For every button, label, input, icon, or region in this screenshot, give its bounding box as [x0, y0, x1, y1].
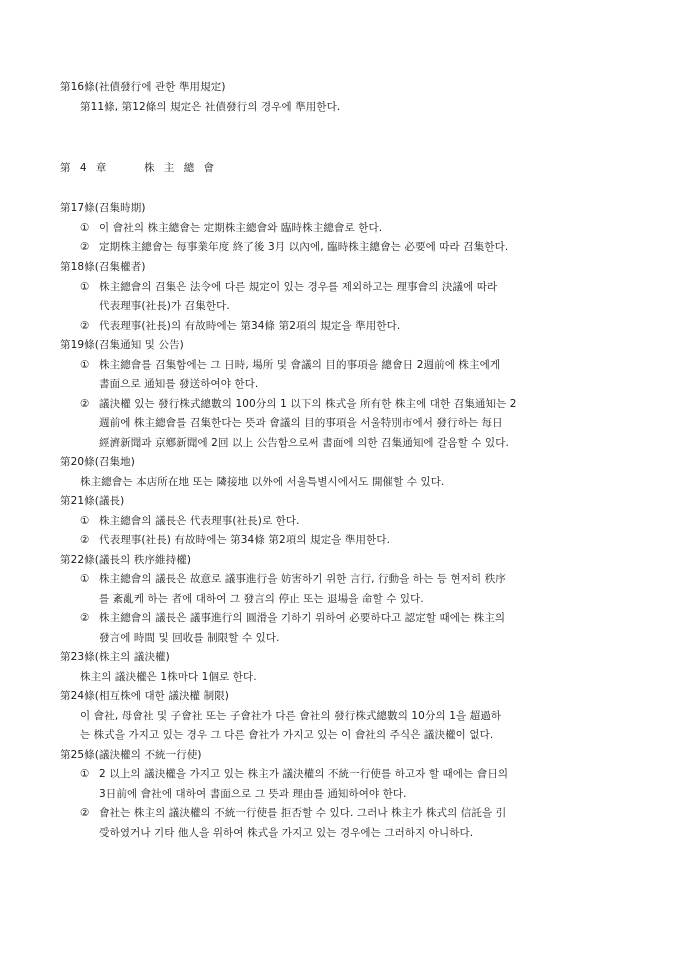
- document-page: 第16條(社債發行에 관한 準用規定) 第11條, 第12條의 規定은 社債發行…: [0, 0, 680, 962]
- article-25-item-2: ②會社는 株主의 議決權의 不統一行使를 拒否할 수 있다. 그러나 株主가 株…: [80, 806, 506, 820]
- chapter-title: 株 主 總 會: [144, 162, 215, 174]
- article-19-heading: 第19條(召集通知 및 公告): [60, 338, 184, 352]
- item-text: 株主總會의 議長은 代表理事(社長)로 한다.: [99, 515, 300, 527]
- article-16-heading: 第16條(社債發行에 관한 準用規定): [60, 80, 226, 94]
- item-number: ①: [80, 358, 99, 372]
- item-text: 株主總會의 議長은 故意로 議事進行을 妨害하기 위한 言行, 行動을 하는 등…: [99, 573, 506, 585]
- article-23-body: 株主의 議決權은 1株마다 1個로 한다.: [80, 670, 257, 684]
- article-22-item-1: ①株主總會의 議長은 故意로 議事進行을 妨害하기 위한 言行, 行動을 하는 …: [80, 572, 506, 586]
- article-17-item-2: ②定期株主總會는 每事業年度 終了後 3月 以內에, 臨時株主總會는 必要에 따…: [80, 240, 508, 254]
- article-22-item-2-cont: 發言에 時間 및 回收를 制限할 수 있다.: [99, 631, 280, 645]
- article-19-item-2-cont-1: 週前에 株主總會를 召集한다는 뜻과 會議의 目的事項을 서울特別市에서 發行하…: [99, 416, 503, 430]
- article-25-item-1: ①2 以上의 議決權을 가지고 있는 株主가 議決權의 不統一行使를 하고자 할…: [80, 767, 508, 781]
- article-17-heading: 第17條(召集時期): [60, 201, 146, 215]
- article-25-item-1-cont: 3日前에 會社에 대하여 書面으로 그 뜻과 理由를 通知하여야 한다.: [99, 787, 407, 801]
- item-number: ①: [80, 514, 99, 528]
- item-number: ②: [80, 533, 99, 547]
- item-text: 株主總會를 召集함에는 그 日時, 場所 및 會議의 目的事項을 總會日 2週前…: [99, 359, 500, 371]
- article-16-body: 第11條, 第12條의 規定은 社債發行의 경우에 準用한다.: [80, 100, 340, 114]
- item-text: 議決權 있는 發行株式總數의 100分의 1 以下의 株式을 所有한 株主에 대…: [99, 398, 517, 410]
- article-17-item-1: ①이 會社의 株主總會는 定期株主總會와 臨時株主總會로 한다.: [80, 221, 382, 235]
- article-23-heading: 第23條(株主의 議決權): [60, 650, 170, 664]
- item-text: 定期株主總會는 每事業年度 終了後 3月 以內에, 臨時株主總會는 必要에 따라…: [99, 241, 508, 253]
- article-19-item-1: ①株主總會를 召集함에는 그 日時, 場所 및 會議의 目的事項을 總會日 2週…: [80, 358, 500, 372]
- article-21-item-2: ②代表理事(社長) 有故時에는 第34條 第2項의 規定을 準用한다.: [80, 533, 390, 547]
- item-number: ②: [80, 806, 99, 820]
- article-22-item-2: ②株主總會의 議長은 議事進行의 圓滑을 기하기 위하여 必要하다고 認定할 때…: [80, 611, 505, 625]
- item-text: 代表理事(社長)의 有故時에는 第34條 第2項의 規定을 準用한다.: [99, 320, 400, 332]
- article-20-body: 株主總會는 本店所在地 또는 隣接地 以外에 서울특별시에서도 開催할 수 있다…: [80, 475, 444, 489]
- article-24-heading: 第24條(相互株에 대한 議決權 制限): [60, 689, 229, 703]
- article-24-body-line-1: 이 會社, 母會社 및 子會社 또는 子會社가 다른 會社의 發行株式總數의 1…: [80, 709, 501, 723]
- item-number: ②: [80, 319, 99, 333]
- article-25-item-2-cont: 受하였거나 기타 他人을 위하여 株式을 가지고 있는 경우에는 그러하지 아니…: [99, 826, 473, 840]
- article-21-heading: 第21條(議長): [60, 494, 124, 508]
- article-19-item-2: ②議決權 있는 發行株式總數의 100分의 1 以下의 株式을 所有한 株主에 …: [80, 397, 517, 411]
- article-18-heading: 第18條(召集權者): [60, 260, 146, 274]
- item-number: ①: [80, 767, 99, 781]
- item-text: 株主總會의 召集은 法令에 다른 規定이 있는 경우를 제외하고는 理事會의 決…: [99, 281, 497, 293]
- article-20-heading: 第20條(召集地): [60, 455, 135, 469]
- item-number: ①: [80, 280, 99, 294]
- item-text: 2 以上의 議決權을 가지고 있는 株主가 議決權의 不統一行使를 하고자 할 …: [99, 768, 508, 780]
- article-19-item-1-cont: 書面으로 通知를 發送하여야 한다.: [99, 377, 258, 391]
- item-text: 이 會社의 株主總會는 定期株主總會와 臨時株主總會로 한다.: [99, 222, 382, 234]
- article-24-body-line-2: 는 株式을 가지고 있는 경우 그 다른 會社가 가지고 있는 이 會社의 주식…: [80, 728, 493, 742]
- article-18-item-1-cont: 代表理事(社長)가 召集한다.: [99, 299, 230, 313]
- article-22-item-1-cont: 를 紊亂케 하는 者에 대하여 그 發言의 停止 또는 退場을 命할 수 있다.: [99, 592, 424, 606]
- item-number: ②: [80, 397, 99, 411]
- chapter-label: 第 4 章: [60, 162, 107, 174]
- article-25-heading: 第25條(議決權의 不統一行使): [60, 748, 202, 762]
- article-22-heading: 第22條(議長의 秩序維持權): [60, 553, 191, 567]
- item-text: 會社는 株主의 議決權의 不統一行使를 拒否할 수 있다. 그러나 株主가 株式…: [99, 807, 506, 819]
- item-text: 株主總會의 議長은 議事進行의 圓滑을 기하기 위하여 必要하다고 認定할 때에…: [99, 612, 505, 624]
- article-21-item-1: ①株主總會의 議長은 代表理事(社長)로 한다.: [80, 514, 300, 528]
- item-text: 代表理事(社長) 有故時에는 第34條 第2項의 規定을 準用한다.: [99, 534, 390, 546]
- item-number: ②: [80, 611, 99, 625]
- item-number: ②: [80, 240, 99, 254]
- item-number: ①: [80, 572, 99, 586]
- chapter-heading: 第 4 章 株 主 總 會: [60, 161, 215, 175]
- article-19-item-2-cont-2: 經濟新聞과 京鄕新聞에 2回 以上 公告함으로써 書面에 의한 召集通知에 갈음…: [99, 436, 509, 450]
- article-18-item-2: ②代表理事(社長)의 有故時에는 第34條 第2項의 規定을 準用한다.: [80, 319, 400, 333]
- item-number: ①: [80, 221, 99, 235]
- article-18-item-1: ①株主總會의 召集은 法令에 다른 規定이 있는 경우를 제외하고는 理事會의 …: [80, 280, 497, 294]
